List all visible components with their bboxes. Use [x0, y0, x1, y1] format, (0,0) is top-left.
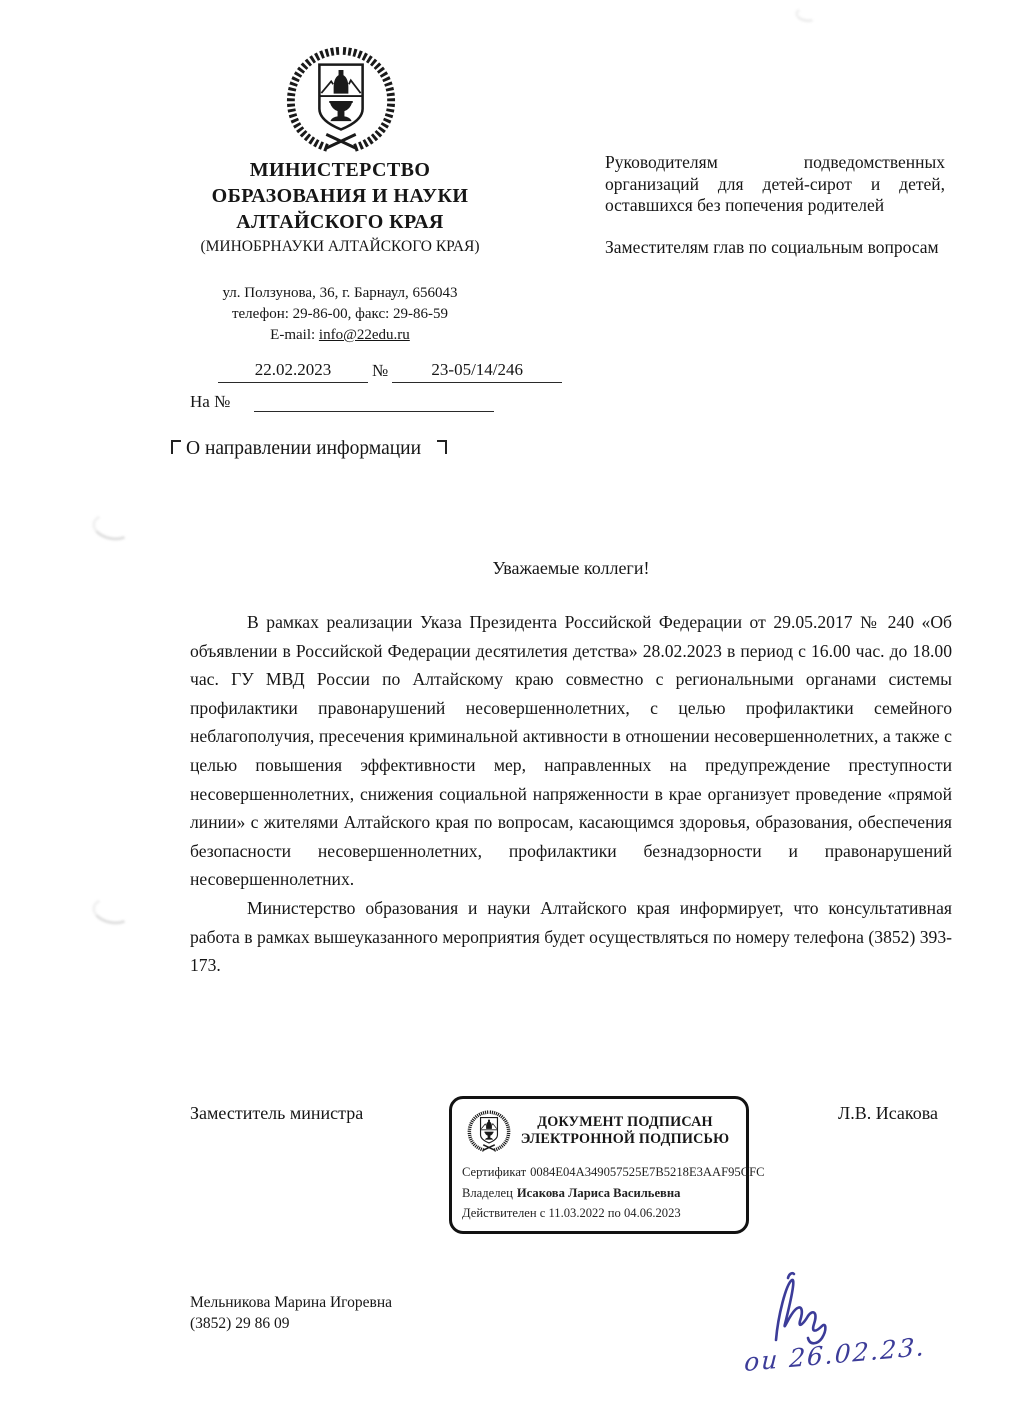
- ministry-name: МИНИСТЕРСТВО ОБРАЗОВАНИЯ И НАУКИ АЛТАЙСК…: [148, 157, 532, 235]
- reply-reference-line: На №: [190, 392, 494, 412]
- scan-smudge: [794, 6, 818, 24]
- scan-smudge: [90, 510, 135, 544]
- address-phone: телефон: 29-86-00, факс: 29-86-59: [148, 304, 532, 325]
- reference-line: 22.02.2023 № 23-05/14/246: [190, 360, 562, 383]
- ministry-name-line1: МИНИСТЕРСТВО: [148, 157, 532, 183]
- stamp-title-line2: ЭЛЕКТРОННОЙ ПОДПИСЬЮ: [514, 1131, 736, 1149]
- stamp-header: ДОКУМЕНТ ПОДПИСАН ЭЛЕКТРОННОЙ ПОДПИСЬЮ: [462, 1108, 736, 1154]
- owner-name: Исакова Лариса Васильевна: [517, 1186, 681, 1200]
- reply-number-blank: [254, 393, 494, 412]
- stamp-title-line1: ДОКУМЕНТ ПОДПИСАН: [514, 1114, 736, 1132]
- letter-body: В рамках реализации Указа Президента Рос…: [190, 608, 952, 980]
- body-paragraph-2: Министерство образования и науки Алтайск…: [190, 894, 952, 980]
- subject-line: О направлении информации: [171, 437, 447, 461]
- owner-label: Владелец: [462, 1186, 513, 1200]
- subject-text: О направлении информации: [186, 437, 421, 461]
- email-label: E-mail:: [270, 327, 319, 343]
- reply-label: На №: [190, 392, 230, 412]
- greeting: Уважаемые коллеги!: [190, 558, 952, 579]
- stamp-emblem-icon: [464, 1108, 514, 1154]
- executor-phone: (3852) 29 86 09: [190, 1313, 392, 1334]
- handwritten-annotation: ои 26.02.23.: [742, 1268, 1012, 1403]
- stamp-certificate-line: Сертификат0084E04A349057525E7B5218E3AAF9…: [462, 1162, 736, 1183]
- scan-smudge: [90, 894, 135, 928]
- ministry-name-line3: АЛТАЙСКОГО КРАЯ: [148, 209, 532, 235]
- recipient-1: Руководителям подведомственных организац…: [605, 152, 945, 217]
- stamp-title: ДОКУМЕНТ ПОДПИСАН ЭЛЕКТРОННОЙ ПОДПИСЬЮ: [514, 1114, 736, 1149]
- signer-name: Л.В. Исакова: [838, 1103, 968, 1124]
- altai-krai-emblem-icon: [277, 44, 405, 154]
- corner-mark-left-icon: [171, 440, 181, 454]
- executor-contact: Мельникова Марина Игоревна (3852) 29 86 …: [190, 1292, 392, 1334]
- recipients-block: Руководителям подведомственных организац…: [605, 152, 945, 278]
- ministry-name-line2: ОБРАЗОВАНИЯ И НАУКИ: [148, 183, 532, 209]
- executor-name: Мельникова Марина Игоревна: [190, 1292, 392, 1313]
- stamp-details: Сертификат0084E04A349057525E7B5218E3AAF9…: [462, 1162, 736, 1224]
- corner-mark-right-icon: [437, 440, 447, 454]
- electronic-signature-stamp: ДОКУМЕНТ ПОДПИСАН ЭЛЕКТРОННОЙ ПОДПИСЬЮ С…: [449, 1096, 749, 1234]
- certificate-label: Сертификат: [462, 1165, 526, 1179]
- body-paragraph-1: В рамках реализации Указа Президента Рос…: [190, 608, 952, 894]
- letterhead-address: ул. Ползунова, 36, г. Барнаул, 656043 те…: [148, 283, 532, 346]
- document-date: 22.02.2023: [218, 360, 368, 383]
- address-email-line: E-mail: info@22edu.ru: [148, 325, 532, 346]
- email-address: info@22edu.ru: [319, 327, 410, 343]
- recipient-2: Заместителям глав по социальным вопросам: [605, 237, 945, 259]
- scanned-letter-page: МИНИСТЕРСТВО ОБРАЗОВАНИЯ И НАУКИ АЛТАЙСК…: [0, 0, 1024, 1408]
- ministry-short-name: (МИНОБРНАУКИ АЛТАЙСКОГО КРАЯ): [148, 238, 532, 256]
- document-number: 23-05/14/246: [392, 360, 562, 383]
- certificate-value: 0084E04A349057525E7B5218E3AAF95CFC: [530, 1165, 764, 1179]
- stamp-validity-line: Действителен с 11.03.2022 по 04.06.2023: [462, 1203, 736, 1224]
- number-sign: №: [372, 361, 388, 383]
- address-street: ул. Ползунова, 36, г. Барнаул, 656043: [148, 283, 532, 304]
- stamp-owner-line: ВладелецИсакова Лариса Васильевна: [462, 1183, 736, 1204]
- signer-position: Заместитель министра: [190, 1103, 363, 1124]
